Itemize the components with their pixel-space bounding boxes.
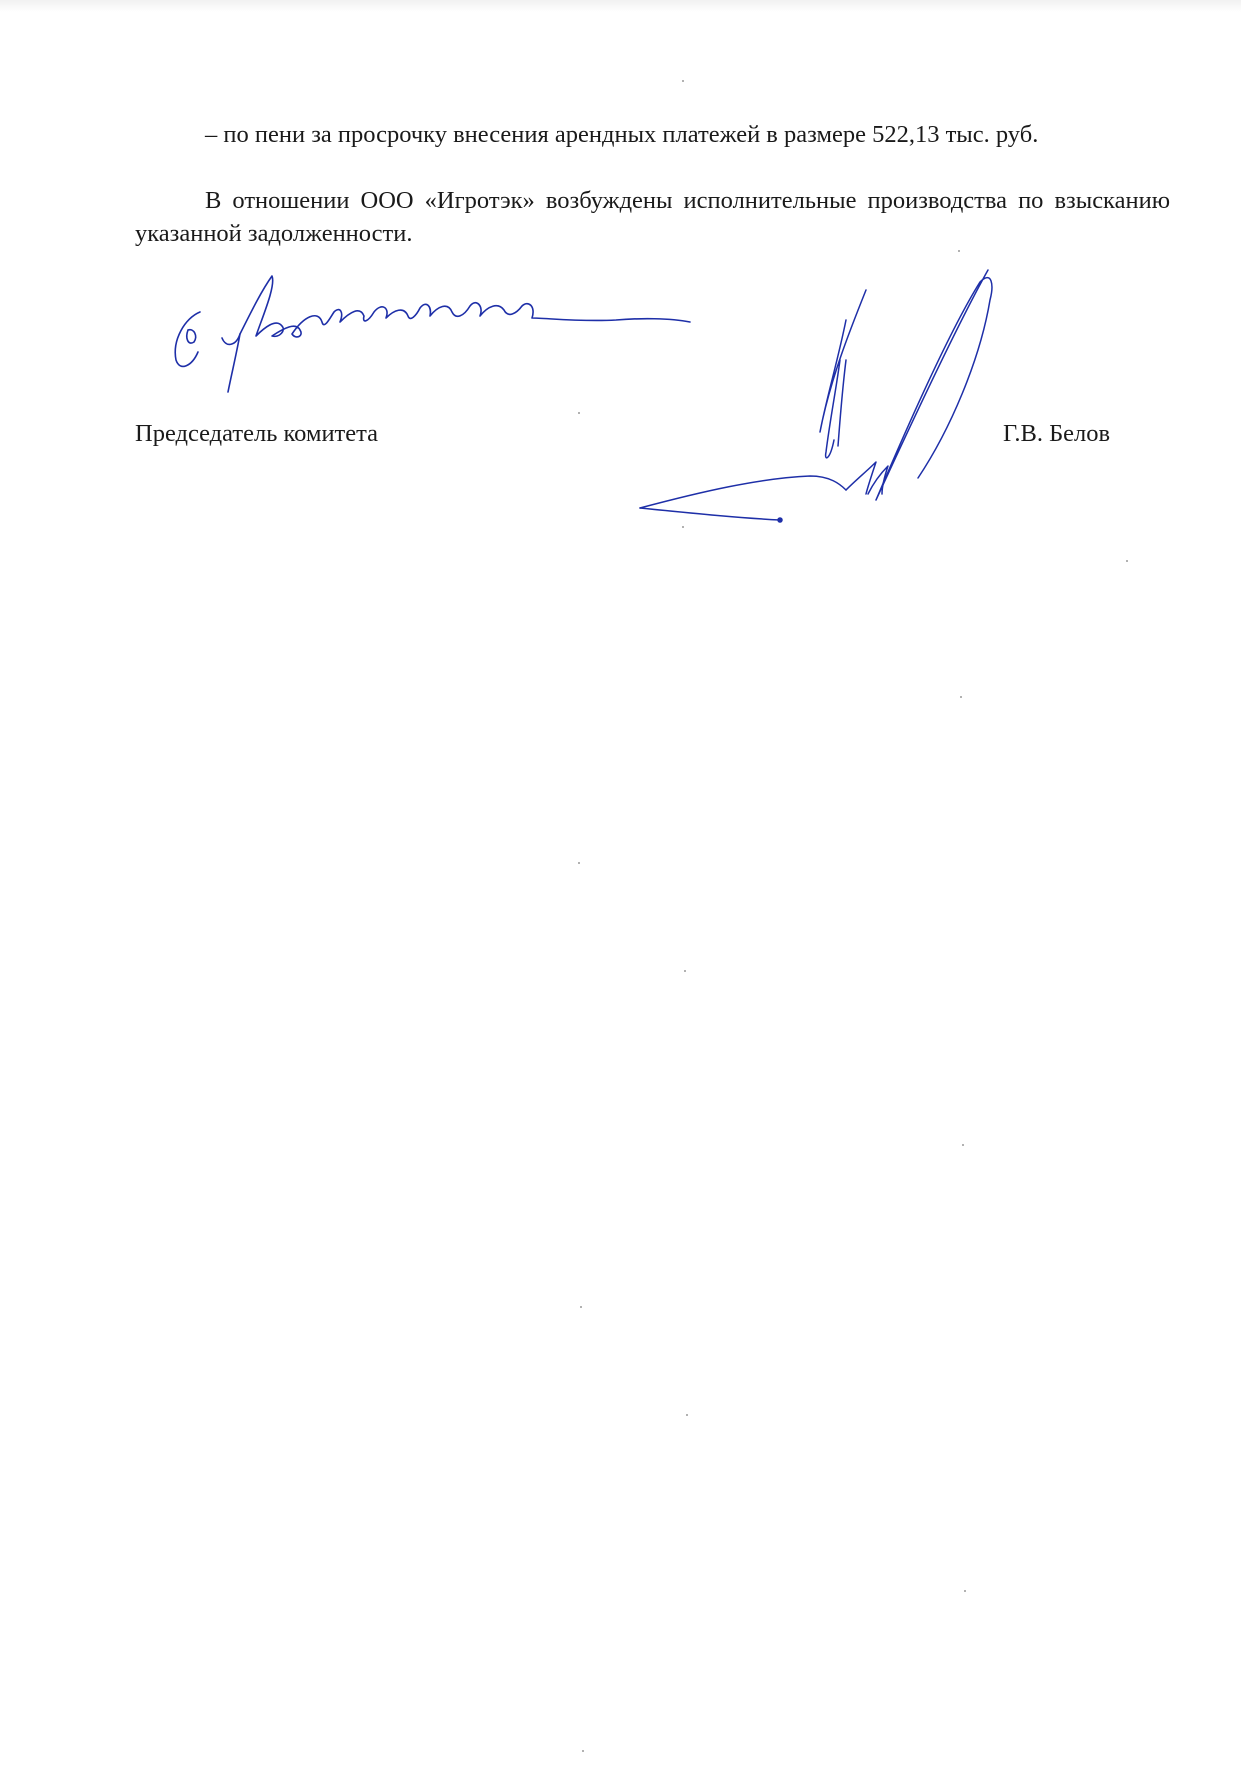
scan-edge-shadow xyxy=(0,0,1241,12)
scan-speck xyxy=(958,250,960,252)
paragraph-enforcement: В отношении ООО «Игротэк» возбуждены исп… xyxy=(135,184,1170,250)
document-page: – по пени за просрочку внесения арендных… xyxy=(0,0,1241,1765)
scan-speck xyxy=(1126,560,1128,562)
scan-speck xyxy=(682,526,684,528)
scan-speck xyxy=(686,1414,688,1416)
handwritten-closing: С уважением xyxy=(0,0,1241,1765)
signatory-name: Г.В. Белов xyxy=(1003,420,1110,448)
scan-speck xyxy=(578,862,580,864)
body-text-2: В отношении ООО «Игротэк» возбуждены исп… xyxy=(135,184,1170,250)
scan-speck xyxy=(684,970,686,972)
scan-speck xyxy=(682,80,684,82)
scan-speck xyxy=(580,1306,582,1308)
signature-icon xyxy=(640,270,992,522)
paragraph-penalty: – по пени за просрочку внесения арендных… xyxy=(135,118,1170,151)
scan-speck xyxy=(578,412,580,414)
signatory-title: Председатель комитета xyxy=(135,420,378,448)
scan-speck xyxy=(962,1144,964,1146)
scan-speck xyxy=(960,696,962,698)
scan-speck xyxy=(582,1750,584,1752)
scan-speck xyxy=(964,1590,966,1592)
body-text: – по пени за просрочку внесения арендных… xyxy=(135,118,1170,151)
